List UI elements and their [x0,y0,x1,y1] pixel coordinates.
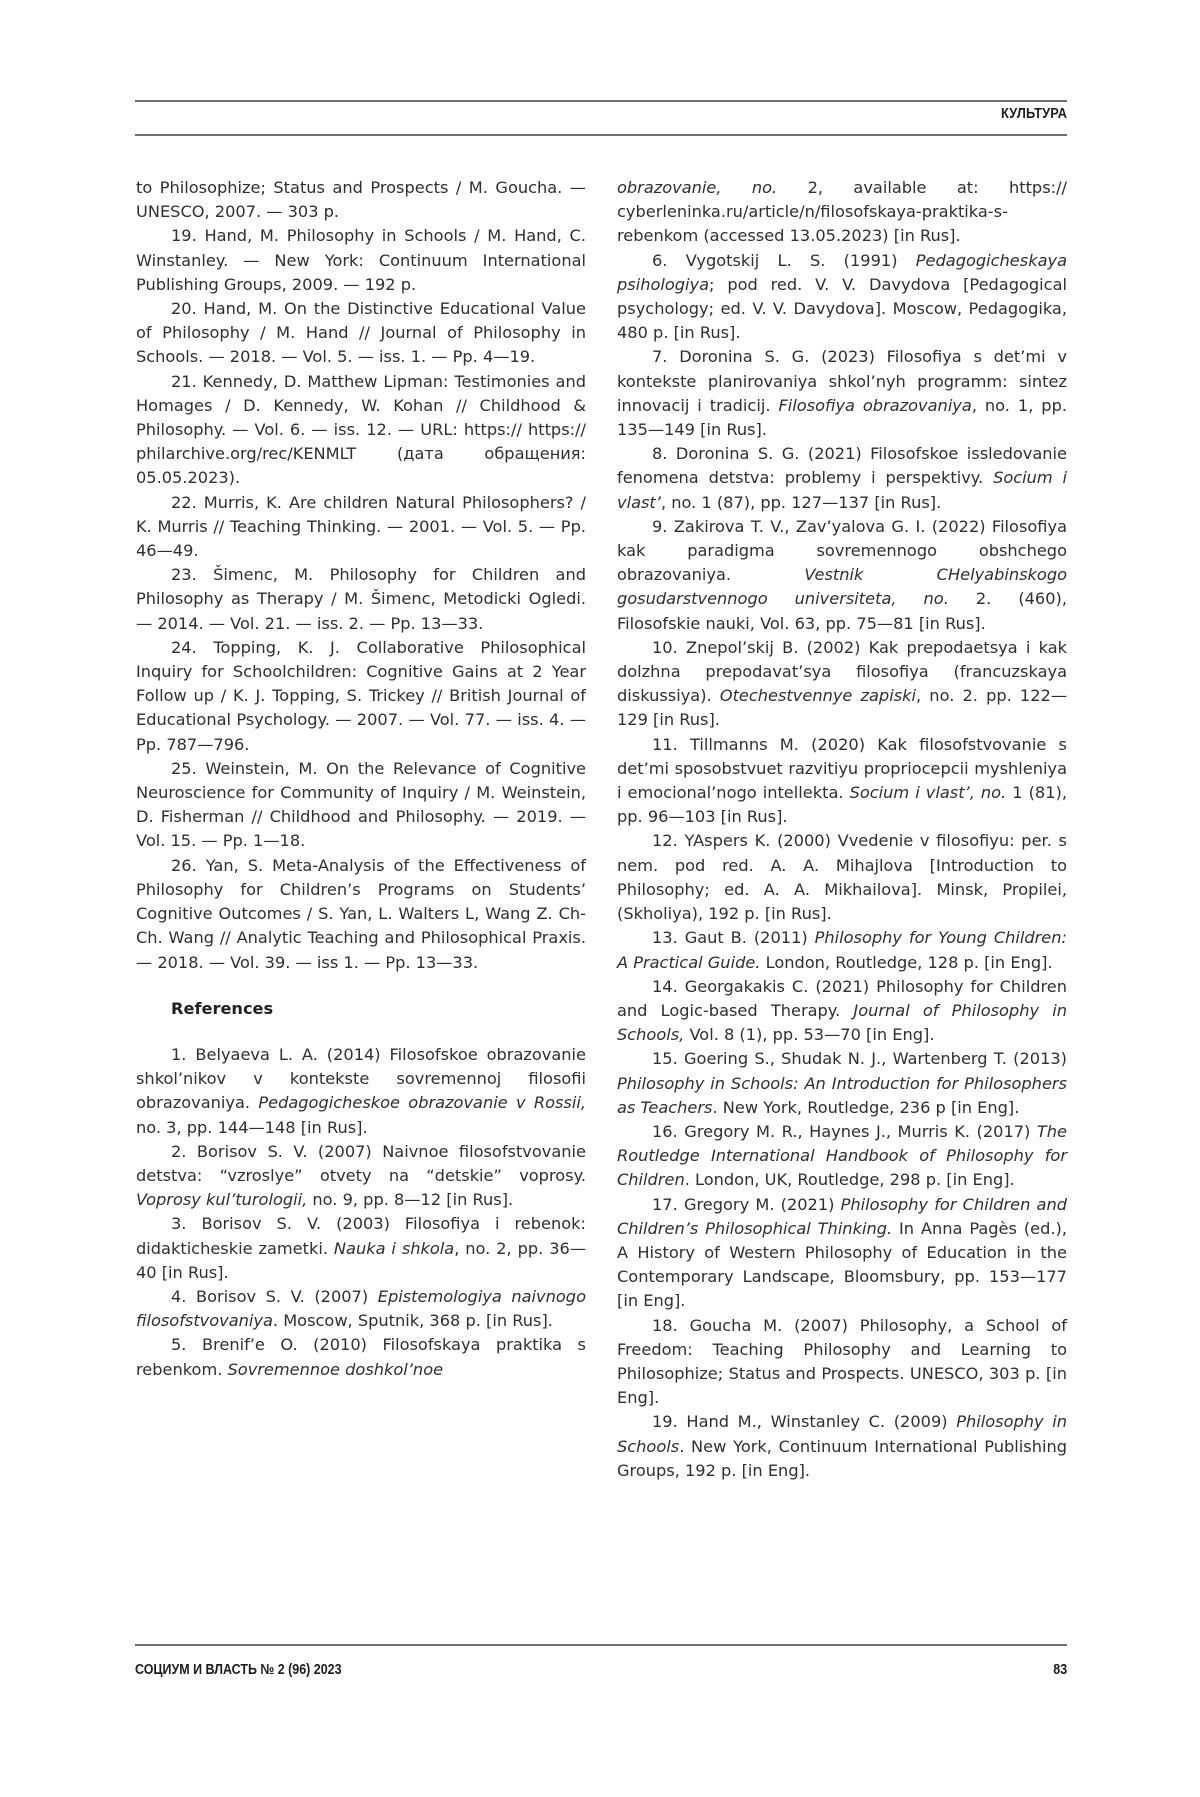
entry-text: Borisov S. V. (2007) [196,1287,378,1306]
footer-rule [135,1644,1067,1646]
entry-text: Murris, K. Are children Natural Philosop… [136,493,586,560]
entry-source-title: Socium i vlast’, no. [850,783,1007,802]
entry-number: 11. [652,735,678,754]
entry-number: 15. [652,1049,678,1068]
entry-text: Yan, S. Meta-Analysis of the Effectivene… [136,856,586,972]
entry-text: Borisov S. V. (2007) Naivnoe filosofstvo… [136,1142,586,1185]
entry-details: . Moscow, Sputnik, 368 p. [in Rus]. [273,1311,553,1330]
entry-number: 10. [652,638,678,657]
entry-source-title: Filosofiya obrazovaniya [778,396,971,415]
entry-source-title: Pedagogicheskoe obrazovanie v Rossii, [258,1093,586,1112]
reference-entry: 18. Goucha M. (2007) Philosophy, a Schoo… [617,1314,1067,1411]
entry-text: Vygotskij L. S. (1991) [686,251,916,270]
entry-source-title: Nauka i shkola [334,1239,454,1258]
reference-entry: 2. Borisov S. V. (2007) Naivnoe filosofs… [136,1140,586,1213]
reference-entry: 15. Goering S., Shudak N. J., Wartenberg… [617,1047,1067,1120]
entry-text: Goering S., Shudak N. J., Wartenberg T. … [684,1049,1067,1068]
left-column: to Philosophize; Status and Prospects / … [136,176,586,1382]
bibliography-entry: 25. Weinstein, M. On the Relevance of Co… [136,757,586,854]
entry-number: 19. [652,1412,678,1431]
header-rule-bottom [135,134,1067,136]
entry-text: Weinstein, M. On the Relevance of Cognit… [136,759,586,851]
entry-details: Vol. 8 (1), pp. 53—70 [in Eng]. [684,1025,934,1044]
reference-entry: 13. Gaut B. (2011) Philosophy for Young … [617,926,1067,974]
bibliography-entry: 20. Hand, M. On the Distinctive Educatio… [136,297,586,370]
entry-number: 22. [171,493,197,512]
reference-entry: 7. Doronina S. G. (2023) Filosofiya s de… [617,345,1067,442]
header-rule-top [135,100,1067,102]
entry-text: Gregory M. (2021) [684,1195,841,1214]
reference-entry: 17. Gregory M. (2021) Philosophy for Chi… [617,1193,1067,1314]
entry-text: Šimenc, M. Philosophy for Children and P… [136,565,586,632]
entry-source-title: Sovremennoe doshkol’noe [228,1360,444,1379]
reference-entry: 1. Belyaeva L. A. (2014) Filosofskoe obr… [136,1043,586,1140]
reference-entry: 12. YAspers K. (2000) Vvedenie v filosof… [617,829,1067,926]
right-column: obrazovanie, no. 2, available at: https:… [617,176,1067,1483]
entry-number: 25. [171,759,197,778]
entry-text: Topping, K. J. Collaborative Philosophic… [136,638,586,754]
entry-text: Gregory M. R., Haynes J., Murris K. (201… [684,1122,1037,1141]
reference-entry: 4. Borisov S. V. (2007) Epistemologiya n… [136,1285,586,1333]
entry-details: , no. 1 (87), pp. 127—137 [in Rus]. [661,493,941,512]
entry-number: 7. [652,347,667,366]
reference-entry: 11. Tillmanns M. (2020) Kak filosofstvov… [617,733,1067,830]
entry-number: 13. [652,928,678,947]
entry-number: 26. [171,856,197,875]
reference-entry: 14. Georgakakis C. (2021) Philosophy for… [617,975,1067,1048]
entry-number: 8. [652,444,667,463]
entry-details: . New York, Continuum International Publ… [617,1437,1067,1480]
entry-details: . New York, Routledge, 236 p [in Eng]. [712,1098,1019,1117]
entry-number: 23. [171,565,197,584]
entry-number: 3. [171,1214,186,1233]
reference-entry: 19. Hand M., Winstanley C. (2009) Philos… [617,1410,1067,1483]
bibliography-entry: 24. Topping, K. J. Collaborative Philoso… [136,636,586,757]
reference-entry: 9. Zakirova T. V., Zav’yalova G. I. (202… [617,515,1067,636]
page-number: 83 [1053,1662,1067,1678]
continued-reference-entry: obrazovanie, no. 2, available at: https:… [617,176,1067,249]
entry-source-title: Otechestvennye zapiski [720,686,916,705]
entry-text: Gaut B. (2011) [685,928,815,947]
journal-page: КУЛЬТУРА to Philosophize; Status and Pro… [0,0,1200,1797]
entry-number: 1. [171,1045,186,1064]
entry-text: Hand M., Winstanley C. (2009) [686,1412,956,1431]
entry-number: 9. [652,517,667,536]
section-title: КУЛЬТУРА [1001,106,1067,122]
bibliography-entry: 19. Hand, M. Philosophy in Schools / M. … [136,224,586,297]
entry-source-title: obrazovanie, no. [617,178,777,197]
entry-text: Kennedy, D. Matthew Lipman: Testimonies … [136,372,586,488]
entry-number: 2. [171,1142,186,1161]
bibliography-entry: 26. Yan, S. Meta-Analysis of the Effecti… [136,854,586,975]
bibliography-entry: 21. Kennedy, D. Matthew Lipman: Testimon… [136,370,586,491]
references-heading: References [171,997,586,1021]
reference-entry: 10. Znepol’skij B. (2002) Kak prepodaets… [617,636,1067,733]
entry-details: no. 3, pp. 144—148 [in Rus]. [136,1118,368,1137]
bibliography-entry: 23. Šimenc, M. Philosophy for Children a… [136,563,586,636]
reference-entry: 5. Brenif’e O. (2010) Filosofskaya prakt… [136,1333,586,1381]
entry-number: 18. [652,1316,678,1335]
entry-number: 19. [171,226,197,245]
entry-number: 21. [171,372,197,391]
entry-number: 20. [171,299,197,318]
entry-number: 6. [652,251,667,270]
entry-number: 17. [652,1195,678,1214]
entry-text: Hand, M. On the Distinctive Educational … [136,299,586,366]
entry-text: YAspers K. (2000) Vvedenie v filosofiyu:… [617,831,1067,923]
journal-issue: СОЦИУМ И ВЛАСТЬ № 2 (96) 2023 [135,1662,342,1678]
reference-entry: 16. Gregory M. R., Haynes J., Murris K. … [617,1120,1067,1193]
entry-number: 14. [652,977,678,996]
reference-entry: 6. Vygotskij L. S. (1991) Pedagogicheska… [617,249,1067,346]
entry-number: 5. [171,1335,186,1354]
entry-number: 24. [171,638,197,657]
continued-bibliography-entry: to Philosophize; Status and Prospects / … [136,176,586,224]
reference-entry: 8. Doronina S. G. (2021) Filosofskoe iss… [617,442,1067,515]
entry-details: London, Routledge, 128 p. [in Eng]. [760,953,1052,972]
entry-text: Goucha M. (2007) Philosophy, a School of… [617,1316,1067,1408]
entry-number: 4. [171,1287,186,1306]
reference-entry: 3. Borisov S. V. (2003) Filosofiya i reb… [136,1212,586,1285]
entry-source-title: Voprosy kul’turologii, [136,1190,307,1209]
entry-number: 16. [652,1122,678,1141]
bibliography-entry: 22. Murris, K. Are children Natural Phil… [136,491,586,564]
entry-number: 12. [652,831,678,850]
entry-details: . London, UK, Routledge, 298 p. [in Eng]… [685,1170,1015,1189]
entry-text: Hand, M. Philosophy in Schools / M. Hand… [136,226,586,293]
entry-details: no. 9, pp. 8—12 [in Rus]. [307,1190,513,1209]
